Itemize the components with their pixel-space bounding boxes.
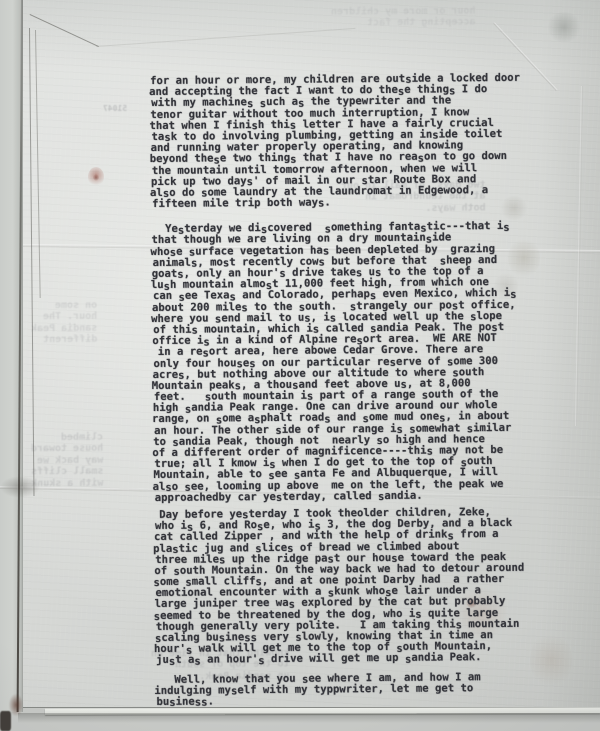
stain [93,174,99,181]
letter-paper: two days' of mail in our at the laundrom… [23,0,600,708]
ghost-text: climbed house toward way back we small c… [31,432,104,490]
paper-shadow [18,713,600,723]
letter-body: for an hour or more, my children are out… [150,73,548,709]
stain [0,711,11,731]
letter-line: just as an hour's drive will get me up s… [156,652,547,667]
ghost-text: hour or more my children accepting the f… [331,5,476,29]
paragraph: Yesterday we discovered something fantas… [151,221,545,504]
paragraph: for an hour or more, my children are out… [150,73,543,211]
vertical-crease [575,86,583,426]
stain [546,12,582,42]
paragraph: Day before yesterday I took theolder chi… [154,507,547,667]
letter-line: fifteen mile trip both ways. [152,196,543,211]
ghost-text: 51047 [103,103,127,115]
ghost-text: on some hour. The sandia Peak different [31,300,98,346]
stain [88,167,104,187]
photo-background: two days' of mail in our at the laundrom… [0,0,600,731]
letter-line: approachedby car yesterday, called sandi… [155,489,546,504]
paragraph: Well, know that you see where I am, and … [155,671,547,708]
